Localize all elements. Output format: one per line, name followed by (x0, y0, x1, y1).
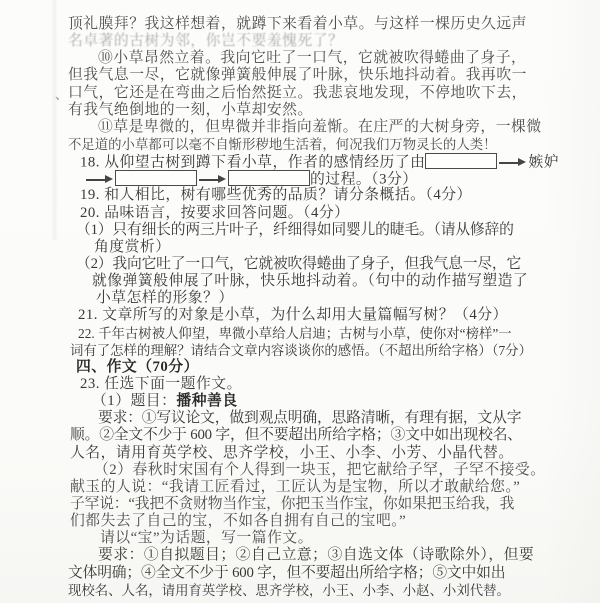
text-segment: （2）我向它吐了一口气，它就被吹得蜷曲了身子，但我气息一尽，它 (76, 256, 521, 272)
text-segment: （1）题目： (92, 393, 176, 409)
text-segment: 人名，请用育英学校、思齐学校，小王、小李、小芳、小晶代替。 (70, 445, 514, 461)
text-line: ⑪草是卑微的，但卑微并非指向羞惭。在庄严的大树身旁，一棵微 (68, 119, 593, 136)
text-segment: 20. 品味语言，按要求回答问题。（4分） (80, 205, 349, 221)
text-segment: 词有了怎样的理解？请结合文章内容谈谈你的感悟。（不超出所给字格）（7分） (70, 343, 532, 358)
text-segment: 口气，它还是在弯曲之后怡然挺立。我悲哀地发现，不停地吹下去， (68, 85, 527, 101)
text-line: 文体明确；④全文不少于 600 字，但不要超出所给字格；⑤文中如出 (68, 565, 593, 582)
text-line: 18. 从仰望古树到蹲下看小草，作者的感情经历了由嫉妒 (68, 153, 593, 170)
text-segment: 小草怎样的形象？） (96, 290, 234, 306)
text-segment: 顺。②全文不少于 600 字，但不要超出所给字格；③文中如出现校名、 (70, 427, 522, 443)
arrow-right-icon (199, 175, 226, 186)
text-line: 顶礼膜拜？我这样想着，就蹲下来看着小草。与这样一棵历史久远声 (68, 16, 593, 33)
text-line: 要求：①写议论文，做到观点明确，思路清晰，有理有据，文从字 (68, 410, 593, 427)
text-segment: 名卓著的古树为邻，你岂不要羞愧死了？ (68, 33, 343, 49)
stray-mark: 、 (55, 84, 68, 103)
text-line: 人名，请用育英学校、思齐学校，小王、小李、小芳、小晶代替。 (68, 445, 593, 462)
text-line: 要求：①自拟题目；②自己立意；③自选文体（诗歌除外），但要 (68, 547, 593, 564)
scanned-exam-page: 、 顶礼膜拜？我这样想着，就蹲下来看着小草。与这样一棵历史久远声名卓著的古树为邻… (0, 0, 600, 603)
text-segment: 22. 千年古树被人仰望，卑微小草给人启迪；古树与小草，使你对“榜样”一 (78, 326, 512, 341)
text-line: 小草怎样的形象？） (68, 290, 593, 307)
text-line: 献玉的人说：“我请工匠看过，工匠认为是宝物，所以才敢献给您。” (68, 479, 593, 496)
text-line: 词有了怎样的理解？请结合文章内容谈谈你的感悟。（不超出所给字格）（7分） (68, 342, 593, 359)
text-segment: 角度赏析） (94, 239, 171, 255)
text-line: 顺。②全文不少于 600 字，但不要超出所给字格；③文中如出现校名、 (68, 427, 593, 444)
text-segment: 们都失去了自己的宝，不如各自拥有自己的宝吧。” (70, 513, 406, 529)
text-line: 子罕说：“我把不贪财物当作宝，你把玉当作宝，你如果把玉给我，我 (68, 496, 593, 513)
answer-box (115, 170, 197, 186)
text-line: 有我气绝倒地的一刻，小草却安然。 (68, 102, 593, 119)
text-line: （2）我向它吐了一口气，它就被吹得蜷曲了身子，但我气息一尽，它 (68, 256, 593, 273)
text-line: 就像弹簧般伸展了叶脉，快乐地抖动着。（句中的动作描写塑造了 (68, 273, 593, 290)
text-segment: ⑩小草昂然立着。我向它吐了一口气，它就被吹得蜷曲了身子， (98, 50, 526, 66)
text-line: 23. 任选下面一题作文。 (68, 376, 593, 393)
text-segment: 18. 从仰望古树到蹲下看小草，作者的感情经历了由 (80, 155, 425, 171)
arrow-right-icon (86, 175, 113, 186)
text-segment: 四、作文（70分） (76, 359, 199, 375)
text-line: （1）只有细长的两三片叶子，纤细得如同婴儿的睫毛。（请从修辞的 (68, 222, 593, 239)
text-segment: 21. 文章所写的对象是小草，为什么却用大量篇幅写树？（4分） (78, 307, 508, 323)
text-line: 但我气息一尽，它就像弹簧般伸展了叶脉，快乐地抖动着。我再吹一 (68, 67, 593, 84)
text-segment: 子罕说：“我把不贪财物当作宝，你把玉当作宝，你如果把玉给我，我 (70, 496, 514, 512)
text-line: ⑩小草昂然立着。我向它吐了一口气，它就被吹得蜷曲了身子， (68, 50, 593, 67)
text-segment: 文体明确；④全文不少于 600 字，但不要超出所给字格；⑤文中如出 (68, 565, 505, 581)
text-segment: ⑪草是卑微的，但卑微并非指向羞惭。在庄严的大树身旁，一棵微 (98, 119, 542, 135)
text-segment: （1）只有细长的两三片叶子，纤细得如同婴儿的睫毛。（请从修辞的 (76, 222, 514, 238)
text-line: 角度赏析） (68, 239, 593, 256)
text-segment: 要求：①写议论文，做到观点明确，思路清晰，有理有据，文从字 (98, 410, 521, 426)
text-line: 20. 品味语言，按要求回答问题。（4分） (68, 205, 593, 222)
text-line: 请以“宝”为话题，写一篇作文。 (68, 530, 593, 547)
text-segment: 顶礼膜拜？我这样想着，就蹲下来看着小草。与这样一棵历史久远声 (68, 16, 527, 32)
text-segment: 19. 和人相比，树有哪些优秀的品质？请分条概括。（4分） (80, 187, 472, 203)
text-line: 21. 文章所写的对象是小草，为什么却用大量篇幅写树？（4分） (68, 307, 593, 324)
text-segment: 播种善良 (176, 393, 237, 409)
text-segment: 23. 任选下面一题作文。 (80, 376, 242, 392)
text-line: （2）春秋时宋国有个人得到一块玉，把它献给子罕，子罕不接受。 (68, 462, 593, 479)
text-line: 现校名、人名，请用育英学校、思齐学校，小王、小李、小赵、小刘代替。 (68, 582, 593, 599)
text-line: 22. 千年古树被人仰望，卑微小草给人启迪；古树与小草，使你对“榜样”一 (68, 325, 593, 342)
text-segment: 献玉的人说：“我请工匠看过，工匠认为是宝物，所以才敢献给您。” (70, 479, 520, 495)
text-segment: 但我气息一尽，它就像弹簧般伸展了叶脉，快乐地抖动着。我再吹一 (68, 67, 527, 83)
text-segment: 的过程。（3分） (310, 172, 418, 188)
page-text: 顶礼膜拜？我这样想着，就蹲下来看着小草。与这样一棵历史久远声名卓著的古树为邻，你… (68, 16, 593, 599)
text-segment: 请以“宝”为话题，写一篇作文。 (100, 530, 313, 546)
paper-crease (51, 0, 58, 240)
text-line: 名卓著的古树为邻，你岂不要羞愧死了？ (68, 33, 593, 50)
text-segment: 有我气绝倒地的一刻，小草却安然。 (68, 102, 313, 118)
text-line: 不足道的小草都可以毫不自惭形秽地生活着，何况我们万物灵长的人类！ (68, 136, 593, 153)
text-line: 们都失去了自己的宝，不如各自拥有自己的宝吧。” (68, 513, 593, 530)
text-segment: 就像弹簧般伸展了叶脉，快乐地抖动着。（句中的动作描写塑造了 (92, 273, 528, 289)
text-segment: 要求：①自拟题目；②自己立意；③自选文体（诗歌除外），但要 (98, 547, 534, 563)
text-line: 四、作文（70分） (68, 359, 593, 376)
text-line: （1）题目：播种善良 (68, 393, 593, 410)
text-line: 的过程。（3分） (68, 170, 593, 187)
text-segment: 现校名、人名，请用育英学校、思齐学校，小王、小李、小赵、小刘代替。 (68, 583, 510, 598)
text-line: 口气，它还是在弯曲之后怡然挺立。我悲哀地发现，不停地吹下去， (68, 85, 593, 102)
text-segment: 不足道的小草都可以毫不自惭形秽地生活着，何况我们万物灵长的人类！ (68, 137, 497, 152)
text-line: 19. 和人相比，树有哪些优秀的品质？请分条概括。（4分） (68, 187, 593, 204)
arrow-right-icon (499, 158, 526, 169)
answer-box (228, 170, 310, 186)
text-segment: （2）春秋时宋国有个人得到一块玉，把它献给子罕，子罕不接受。 (94, 462, 546, 478)
text-segment: 嫉妒 (528, 155, 559, 171)
answer-box (425, 153, 497, 169)
